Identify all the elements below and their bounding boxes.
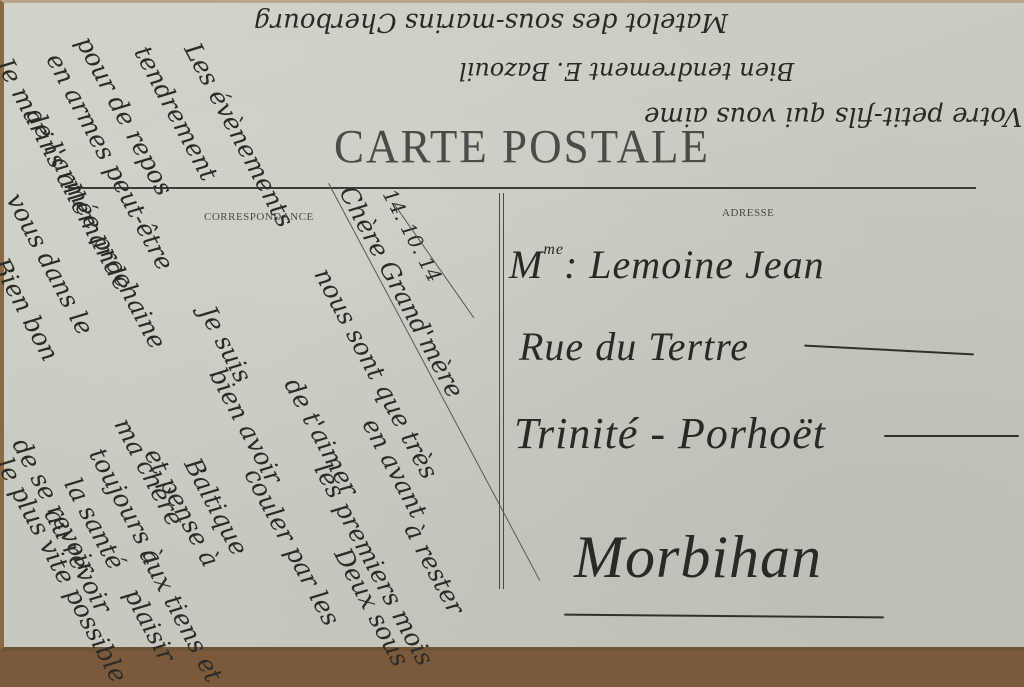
address-line-3: Trinité - Porhoët: [514, 408, 826, 459]
upside-down-note-line1: Matelot des sous-marins Cherbourg: [254, 7, 728, 37]
address-title-sup: me: [543, 241, 564, 258]
upside-down-note-line2: Bien tendrement E. Bazouil: [459, 57, 794, 85]
address-label: ADRESSE: [722, 207, 774, 219]
postcard: Matelot des sous-marins Cherbourg Bien t…: [0, 0, 1024, 651]
address-line-2: Rue du Tertre: [519, 323, 749, 370]
address-title: M: [509, 242, 543, 287]
header-divider: [68, 187, 976, 189]
center-divider: [499, 193, 500, 589]
address-line-4: Morbihan: [574, 523, 822, 592]
postcard-title: CARTE POSTALE: [334, 120, 710, 175]
address-line-3-strike: [884, 435, 1019, 437]
correspondence-line: Je suis: [193, 301, 257, 387]
address-line-1: Mme: Lemoine Jean: [509, 241, 825, 288]
address-line-2-flourish: [804, 345, 974, 356]
address-name: : Lemoine Jean: [564, 242, 825, 287]
correspondence-line: bien avoir: [203, 363, 288, 489]
address-underline: [564, 614, 884, 619]
